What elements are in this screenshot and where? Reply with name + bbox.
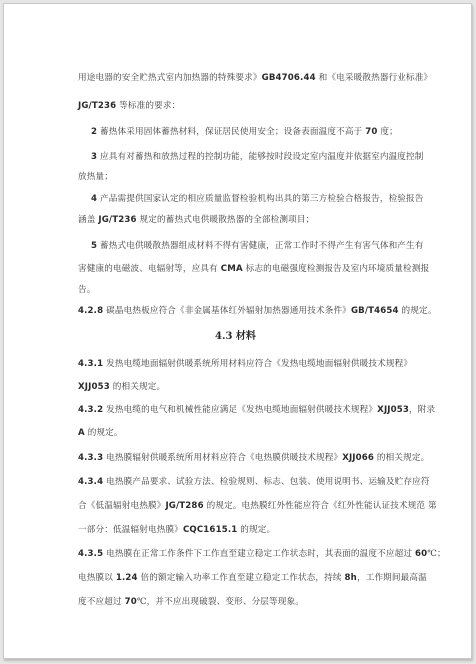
text: 标志的电磁强度检测报告及室内环境质量检测报 [243, 264, 430, 274]
standard-code: JG/T236 [98, 215, 136, 225]
text-line-4: 3 应具有对蓄热和放热过程的控制功能，能够按时段设定室内温度并依据室内温度控制 [91, 152, 424, 163]
text: 一部分：低温辐射电热膜》 [78, 525, 183, 535]
clause-number: 4.2.8 [78, 306, 103, 316]
text: 等标准的要求： [116, 101, 180, 111]
value: 60 [415, 549, 427, 559]
text-line-9: 害健康的电磁波、电辐射等，应具有 CMA 标志的电磁强度检测报告及室内环境质量检… [78, 264, 429, 275]
text: 电热膜在正常工作条件下工作直至建立稳定工作状态时，其表面的温度不应超过 [103, 549, 415, 559]
text-line-14: 4.3.2 发热电缆的电气和机械性能应满足《发热电缆地面辐射供暖技术规程》XJJ… [78, 405, 435, 416]
text: 的规定。电热膜红外性能应符合《红外性能认证技术规范 第 [204, 501, 437, 511]
appendix-letter: A [78, 428, 85, 438]
section-title: 4.3 材料 [215, 331, 256, 342]
text-line-13: XJJ053 的相关规定。 [78, 382, 165, 393]
standard-code: GB/T4654 [351, 306, 399, 316]
standard-code: JG/T236 [78, 101, 116, 111]
text-line-1: 用途电器的安全贮热式室内加热器的特殊要求》GB4706.44 和《电采暖散热器行… [78, 73, 432, 84]
text-line-22: 度不应超过 70℃，并不应出现破裂、变形、分层等现象。 [78, 597, 304, 608]
text-line-5: 放热量； [78, 172, 113, 183]
document-page: 用途电器的安全贮热式室内加热器的特殊要求》GB4706.44 和《电采暖散热器行… [3, 3, 472, 659]
text-line-8: 5 蓄热式电供暖散热器组成材料不得有害健康，正常工作时不得产生有害气体和产生有 [91, 241, 424, 252]
text: 发热电缆地面辐射供暖系统所用材料应符合《发热电缆地面辐射供暖技术规程》 [103, 359, 412, 369]
text-line-12: 4.3.1 发热电缆地面辐射供暖系统所用材料应符合《发热电缆地面辐射供暖技术规程… [78, 359, 412, 370]
text-line-2: JG/T236 等标准的要求： [78, 101, 180, 112]
certification-mark: CMA [221, 264, 243, 274]
text: ℃，并不应出现破裂、变形、分层等现象。 [137, 597, 304, 607]
text: 产品需提供国家认定的相应质量监督检验机构出具的第三方检验合格报告，检验报告 [97, 194, 423, 204]
standard-code: XJJ053 [377, 405, 409, 415]
text: 合《低温辐射电热膜》 [78, 501, 165, 511]
text-line-19: 一部分：低温辐射电热膜》CQC1615.1 的规定。 [78, 525, 275, 536]
text: 倍的额定输入功率工作直至建立稳定工作状态，持续 [138, 573, 345, 583]
standard-code: GB4706.44 [262, 73, 316, 83]
text: ，工作期间最高温 [357, 573, 427, 583]
text: ，附录 [409, 405, 435, 415]
text: 蓄热体采用固体蓄热材料，保证居民使用安全；设备表面温度不高于 [97, 127, 365, 137]
text: 电热膜以 [78, 573, 116, 583]
text-line-7: 涵盖 JG/T236 规定的蓄热式电供暖散热器的全部检测项目； [78, 215, 314, 226]
text: 害健康的电磁波、电辐射等，应具有 [78, 264, 221, 274]
text-line-10: 告。 [78, 285, 96, 296]
clause-number: 4.3.2 [78, 405, 103, 415]
value: 1.24 [116, 573, 138, 583]
text: 度； [377, 127, 397, 137]
text: 度不应超过 [78, 597, 125, 607]
text: 应具有对蓄热和放热过程的控制功能，能够按时段设定室内温度并依据室内温度控制 [97, 152, 423, 162]
value: 70 [125, 597, 137, 607]
standard-code: JG/T286 [165, 501, 203, 511]
text: 的规定。 [237, 525, 275, 535]
text-line-18: 合《低温辐射电热膜》JG/T286 的规定。电热膜红外性能应符合《红外性能认证技… [78, 501, 437, 512]
clause-number: 4.3.3 [78, 453, 103, 463]
standard-code: XJJ053 [78, 382, 110, 392]
text-line-3: 2 蓄热体采用固体蓄热材料，保证居民使用安全；设备表面温度不高于 70 度； [91, 127, 398, 138]
text: 的规定。 [85, 428, 123, 438]
section-heading: 4.3 材料 [215, 331, 256, 343]
standard-code: XJJ066 [342, 453, 374, 463]
text: 用途电器的安全贮热式室内加热器的特殊要求》 [78, 73, 262, 83]
text: 发热电缆的电气和机械性能应满足《发热电缆地面辐射供暖技术规程》 [103, 405, 377, 415]
text: 蓄热式电供暖散热器组成材料不得有害健康，正常工作时不得产生有害气体和产生有 [97, 241, 423, 251]
standard-code: CQC1615.1 [183, 525, 237, 535]
text: 碳晶电热板应符合《非金属基体红外辐射加热器通用技术条件》 [103, 306, 351, 316]
text: 和《电采暖散热器行业标准》 [316, 73, 433, 83]
text-line-6: 4 产品需提供国家认定的相应质量监督检验机构出具的第三方检验合格报告，检验报告 [91, 194, 424, 205]
text: 放热量； [78, 172, 113, 182]
clause-number: 4.3.4 [78, 477, 103, 487]
text-line-17: 4.3.4 电热膜产品要求、试验方法、检验规则、标志、包装、使用说明书、运输及贮… [78, 477, 430, 488]
text: 的相关规定。 [374, 453, 429, 463]
text: 告。 [78, 285, 96, 295]
text: 规定的蓄热式电供暖散热器的全部检测项目； [137, 215, 315, 225]
text-line-11: 4.2.8 碳晶电热板应符合《非金属基体红外辐射加热器通用技术条件》GB/T46… [78, 306, 437, 317]
text-line-16: 4.3.3 电热膜辐射供暖系统所用材料应符合《电热膜供暖技术规程》XJJ066 … [78, 453, 429, 464]
text: ℃； [427, 549, 446, 559]
text: 的规定。 [399, 306, 437, 316]
text: 的相关规定。 [110, 382, 165, 392]
clause-number: 4.3.1 [78, 359, 103, 369]
text-line-21: 电热膜以 1.24 倍的额定输入功率工作直至建立稳定工作状态，持续 8h，工作期… [78, 573, 427, 584]
text-line-15: A 的规定。 [78, 428, 123, 439]
text: 涵盖 [78, 215, 98, 225]
value: 70 [365, 127, 377, 137]
value: 8h [345, 573, 357, 583]
text-line-20: 4.3.5 电热膜在正常工作条件下工作直至建立稳定工作状态时，其表面的温度不应超… [78, 549, 446, 560]
text: 电热膜辐射供暖系统所用材料应符合《电热膜供暖技术规程》 [103, 453, 342, 463]
clause-number: 4.3.5 [78, 549, 103, 559]
text: 电热膜产品要求、试验方法、检验规则、标志、包装、使用说明书、运输及贮存应符 [103, 477, 429, 487]
